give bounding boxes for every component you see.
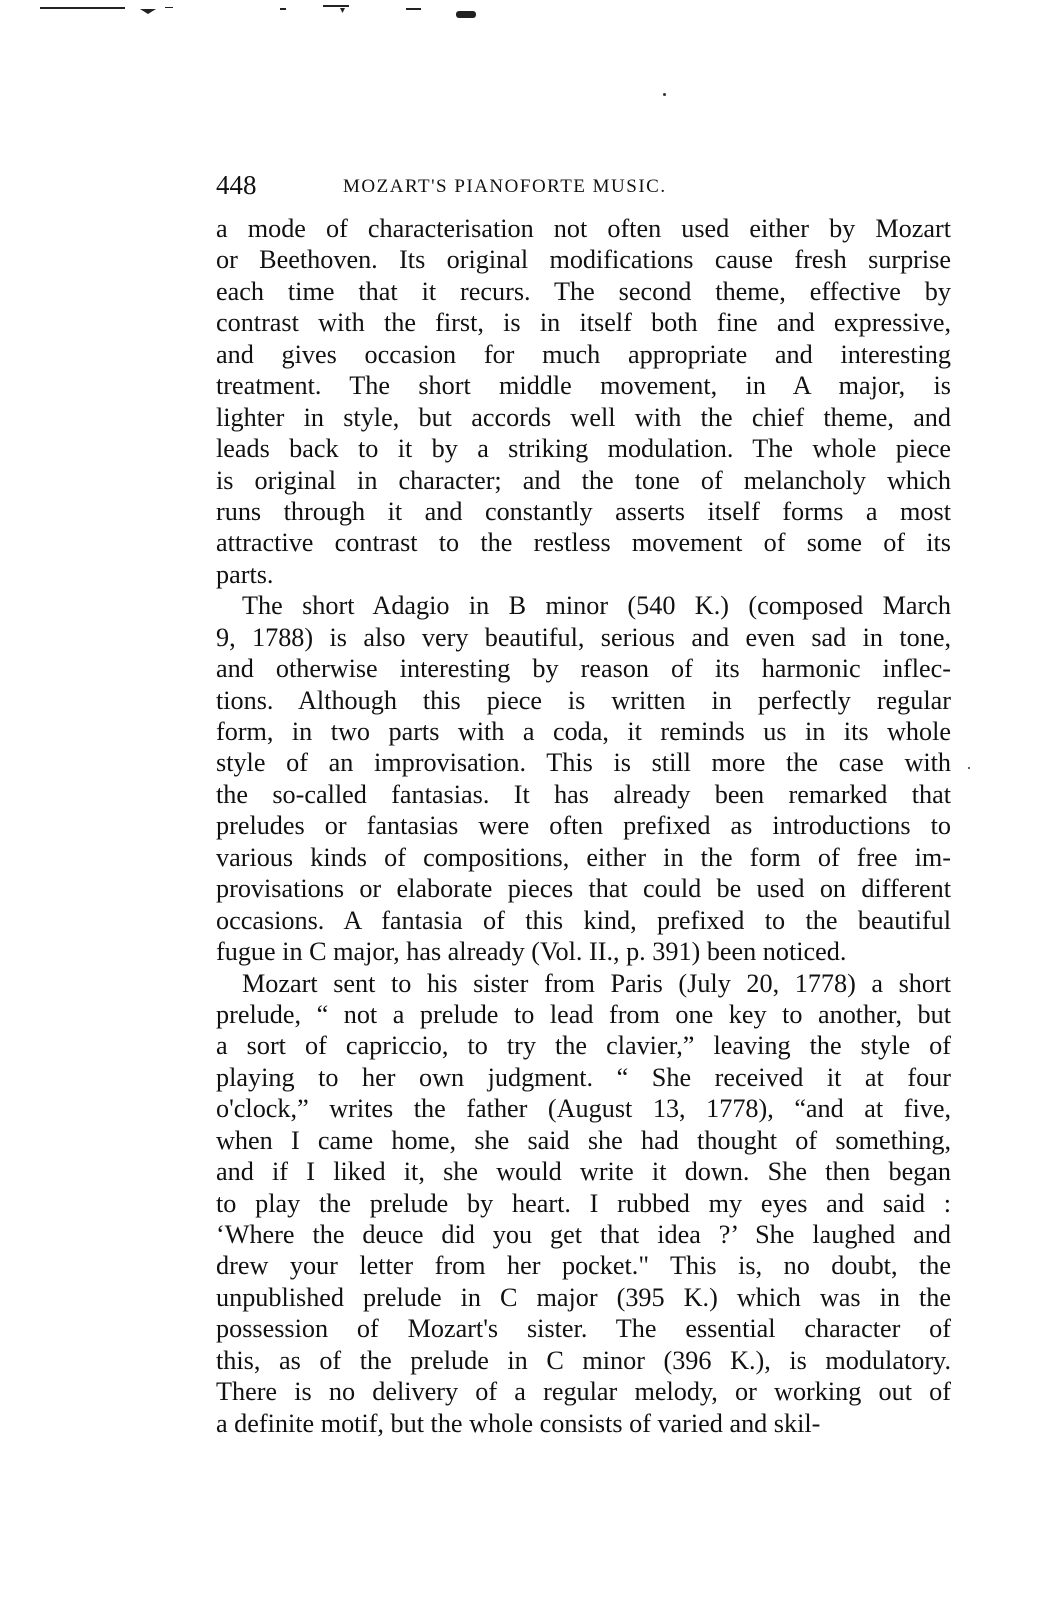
text-line: this, as of the prelude in C minor (396 …	[216, 1345, 951, 1376]
text-line: or Beethoven. Its original modifications…	[216, 244, 951, 275]
text-line: treatment. The short middle movement, in…	[216, 370, 951, 401]
scan-mark	[40, 7, 125, 9]
text-line: ‘Where the deuce did you get that idea ?…	[216, 1219, 951, 1250]
text-line: and gives occasion for much appropriate …	[216, 339, 951, 370]
text-line: Mozart sent to his sister from Paris (Ju…	[216, 968, 951, 999]
text-line: contrast with the first, is in itself bo…	[216, 307, 951, 338]
text-line: and otherwise interesting by reason of i…	[216, 653, 951, 684]
text-line: possession of Mozart's sister. The essen…	[216, 1313, 951, 1344]
scan-speck	[968, 767, 970, 769]
text-line: occasions. A fantasia of this kind, pref…	[216, 905, 951, 936]
scan-artifacts-top	[0, 0, 1037, 40]
running-head: 448 MOZART'S PIANOFORTE MUSIC.	[216, 165, 951, 205]
text-line: runs through it and constantly asserts i…	[216, 496, 951, 527]
text-line: fugue in C major, has already (Vol. II.,…	[216, 936, 951, 967]
text-line: a sort of capriccio, to try the clavier,…	[216, 1030, 951, 1061]
paragraph: The short Adagio in B minor (540 K.) (co…	[216, 590, 951, 967]
text-line: form, in two parts with a coda, it remin…	[216, 716, 951, 747]
text-line: leads back to it by a striking modulatio…	[216, 433, 951, 464]
scan-mark	[323, 5, 349, 7]
text-line: provisations or elaborate pieces that co…	[216, 873, 951, 904]
text-line: style of an improvisation. This is still…	[216, 747, 951, 778]
text-line: preludes or fantasias were often prefixe…	[216, 810, 951, 841]
text-line: the so-called fantasias. It has already …	[216, 779, 951, 810]
text-line: unpublished prelude in C major (395 K.) …	[216, 1282, 951, 1313]
text-line: drew your letter from her pocket." This …	[216, 1250, 951, 1281]
text-line: each time that it recurs. The second the…	[216, 276, 951, 307]
book-page: 448 MOZART'S PIANOFORTE MUSIC. a mode of…	[216, 165, 951, 1439]
paragraph: Mozart sent to his sister from Paris (Ju…	[216, 968, 951, 1440]
scan-mark	[280, 8, 286, 10]
text-line: various kinds of compositions, either in…	[216, 842, 951, 873]
text-line: is original in character; and the tone o…	[216, 465, 951, 496]
paragraph: a mode of characterisation not often use…	[216, 213, 951, 590]
text-line: when I came home, she said she had thoug…	[216, 1125, 951, 1156]
scan-mark	[165, 7, 173, 8]
text-line: o'clock,” writes the father (August 13, …	[216, 1093, 951, 1124]
text-line: attractive contrast to the restless move…	[216, 527, 951, 558]
text-line: and if I liked it, she would write it do…	[216, 1156, 951, 1187]
text-line: parts.	[216, 559, 951, 590]
scan-mark	[140, 9, 156, 14]
scan-mark	[456, 11, 476, 18]
running-title: MOZART'S PIANOFORTE MUSIC.	[343, 167, 667, 207]
text-line: a mode of characterisation not often use…	[216, 213, 951, 244]
text-line: The short Adagio in B minor (540 K.) (co…	[216, 590, 951, 621]
text-line: tions. Although this piece is written in…	[216, 685, 951, 716]
text-line: prelude, “ not a prelude to lead from on…	[216, 999, 951, 1030]
text-line: to play the prelude by heart. I rubbed m…	[216, 1188, 951, 1219]
text-line: There is no delivery of a regular melody…	[216, 1376, 951, 1407]
text-line: 9, 1788) is also very beautiful, serious…	[216, 622, 951, 653]
scan-speck	[663, 93, 666, 96]
text-line: lighter in style, but accords well with …	[216, 402, 951, 433]
scan-mark	[340, 8, 345, 13]
text-line: playing to her own judgment. “ She recei…	[216, 1062, 951, 1093]
scan-mark	[406, 8, 421, 10]
page-number: 448	[216, 165, 257, 205]
text-line: a definite motif, but the whole consists…	[216, 1408, 951, 1439]
